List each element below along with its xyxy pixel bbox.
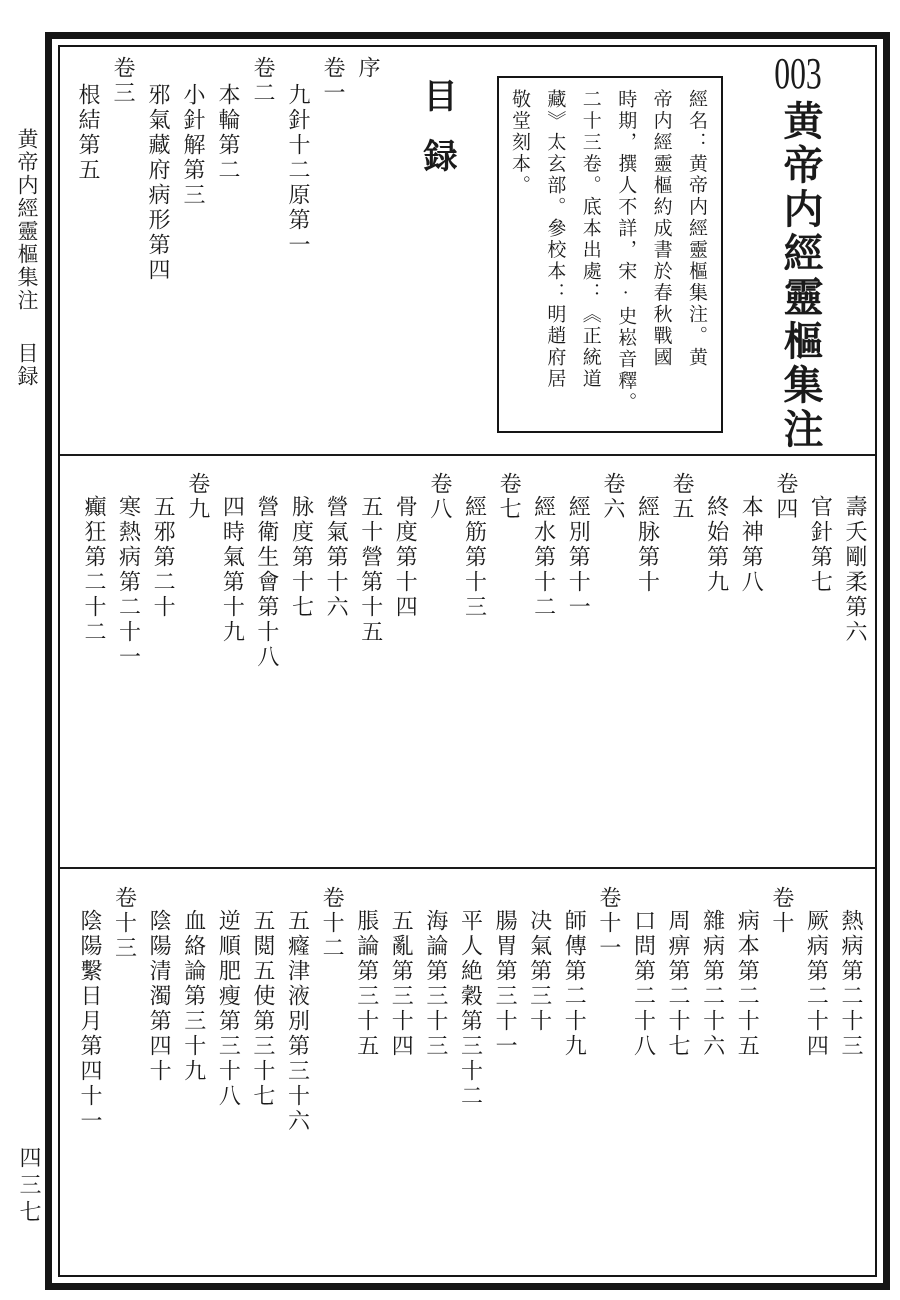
toc-entry: 序 — [351, 56, 386, 456]
toc-entry: 血絡論第三十九 — [176, 886, 211, 1298]
toc-volume-header: 卷八 — [422, 472, 457, 874]
toc-section-2: 壽夭剛柔第六官針第七卷四本神第八終始第九卷五經脉第十卷六經別第十一經水第十二卷七… — [74, 472, 872, 874]
toc-entry: 口問第二十八 — [626, 886, 661, 1298]
colophon-line: 經名：黄帝内經靈樞集注。黄 — [679, 89, 714, 420]
toc-entry: 骨度第十四 — [388, 472, 423, 874]
toc-volume-header: 卷六 — [595, 472, 630, 874]
toc-volume-header: 卷五 — [664, 472, 699, 874]
toc-entry: 周痹第二十七 — [660, 886, 695, 1298]
toc-entry: 海論第三十三 — [418, 886, 453, 1298]
toc-entry: 本神第八 — [734, 472, 769, 874]
book-title: 黄帝内經靈樞集注 — [772, 100, 828, 452]
toc-entry: 寒熱病第二十一 — [111, 472, 146, 874]
toc-entry: 腸胃第三十一 — [487, 886, 522, 1298]
margin-section-label: 目録 — [15, 342, 39, 388]
toc-entry: 逆順肥瘦第三十八 — [211, 886, 246, 1298]
toc-entry: 官針第七 — [803, 472, 838, 874]
margin-running-title: 黄帝内經靈樞集注目録 — [12, 128, 42, 388]
toc-heading: 目録 — [414, 78, 458, 198]
toc-volume-header: 卷七 — [491, 472, 526, 874]
toc-entry: 脹論第三十五 — [349, 886, 384, 1298]
toc-volume-header: 卷十 — [764, 886, 799, 1298]
toc-entry: 經脉第十 — [630, 472, 665, 874]
toc-volume-header: 卷十一 — [591, 886, 626, 1298]
colophon-line: 二十三卷。底本出處：《正統道 — [572, 89, 607, 420]
toc-entry: 經別第十一 — [561, 472, 596, 874]
toc-entry: 病本第二十五 — [730, 886, 765, 1298]
toc-entry: 營氣第十六 — [319, 472, 354, 874]
toc-entry: 壽夭剛柔第六 — [837, 472, 872, 874]
toc-volume-header: 卷三 — [106, 56, 141, 456]
toc-entry: 平人絶穀第三十二 — [453, 886, 488, 1298]
toc-volume-header: 卷四 — [768, 472, 803, 874]
toc-entry: 師傳第二十九 — [557, 886, 592, 1298]
toc-entry: 九針十二原第一 — [281, 56, 316, 456]
toc-entry: 陰陽清濁第四十 — [142, 886, 177, 1298]
toc-entry: 决氣第三十 — [522, 886, 557, 1298]
toc-entry: 經水第十二 — [526, 472, 561, 874]
toc-entry: 小針解第三 — [176, 56, 211, 456]
toc-entry: 本輪第二 — [211, 56, 246, 456]
colophon-line: 敬堂刻本。 — [502, 89, 537, 420]
toc-entry: 五邪第二十 — [146, 472, 181, 874]
colophon-line: 藏》太玄部。參校本：明趙府居 — [537, 89, 572, 420]
margin-book-title: 黄帝内經靈樞集注 — [15, 128, 39, 312]
section-divider-2 — [60, 867, 875, 869]
section-divider-1 — [60, 454, 875, 456]
colophon-box: 經名：黄帝内經靈樞集注。黄 帝内經靈樞約成書於春秋戰國 時期，撰人不詳，宋·史崧… — [497, 76, 723, 433]
catalog-number: 003 — [769, 50, 827, 98]
toc-entry: 五癃津液別第三十六 — [280, 886, 315, 1298]
toc-entry: 五亂第三十四 — [384, 886, 419, 1298]
toc-entry: 經筋第十三 — [457, 472, 492, 874]
toc-entry: 雜病第二十六 — [695, 886, 730, 1298]
colophon-line: 帝内經靈樞約成書於春秋戰國 — [643, 89, 678, 420]
toc-section-1: 序卷一九針十二原第一卷二本輪第二小針解第三邪氣藏府病形第四卷三根結第五 — [70, 56, 386, 456]
toc-entry: 根結第五 — [71, 56, 106, 456]
page-number: 四三七 — [14, 1146, 44, 1227]
toc-entry: 五閲五使第三十七 — [245, 886, 280, 1298]
toc-entry: 邪氣藏府病形第四 — [141, 56, 176, 456]
toc-entry: 陰陽繫日月第四十一 — [72, 886, 107, 1298]
toc-entry: 四時氣第十九 — [215, 472, 250, 874]
toc-entry: 五十營第十五 — [353, 472, 388, 874]
toc-section-3: 熱病第二十三厥病第二十四卷十病本第二十五雜病第二十六周痹第二十七口問第二十八卷十… — [70, 886, 868, 1298]
toc-entry: 厥病第二十四 — [799, 886, 834, 1298]
toc-entry: 營衛生會第十八 — [249, 472, 284, 874]
toc-entry: 癲狂第二十二 — [76, 472, 111, 874]
colophon-line: 時期，撰人不詳，宋·史崧音釋。 — [608, 89, 643, 420]
toc-volume-header: 卷九 — [180, 472, 215, 874]
toc-entry: 熱病第二十三 — [833, 886, 868, 1298]
toc-entry: 終始第九 — [699, 472, 734, 874]
toc-entry: 脉度第十七 — [284, 472, 319, 874]
toc-volume-header: 卷二 — [246, 56, 281, 456]
toc-volume-header: 卷十三 — [107, 886, 142, 1298]
book-page: 黄帝内經靈樞集注目録 四三七 003 黄帝内經靈樞集注 經名：黄帝内經靈樞集注。… — [0, 0, 900, 1300]
toc-volume-header: 卷十二 — [315, 886, 350, 1298]
toc-volume-header: 卷一 — [316, 56, 351, 456]
